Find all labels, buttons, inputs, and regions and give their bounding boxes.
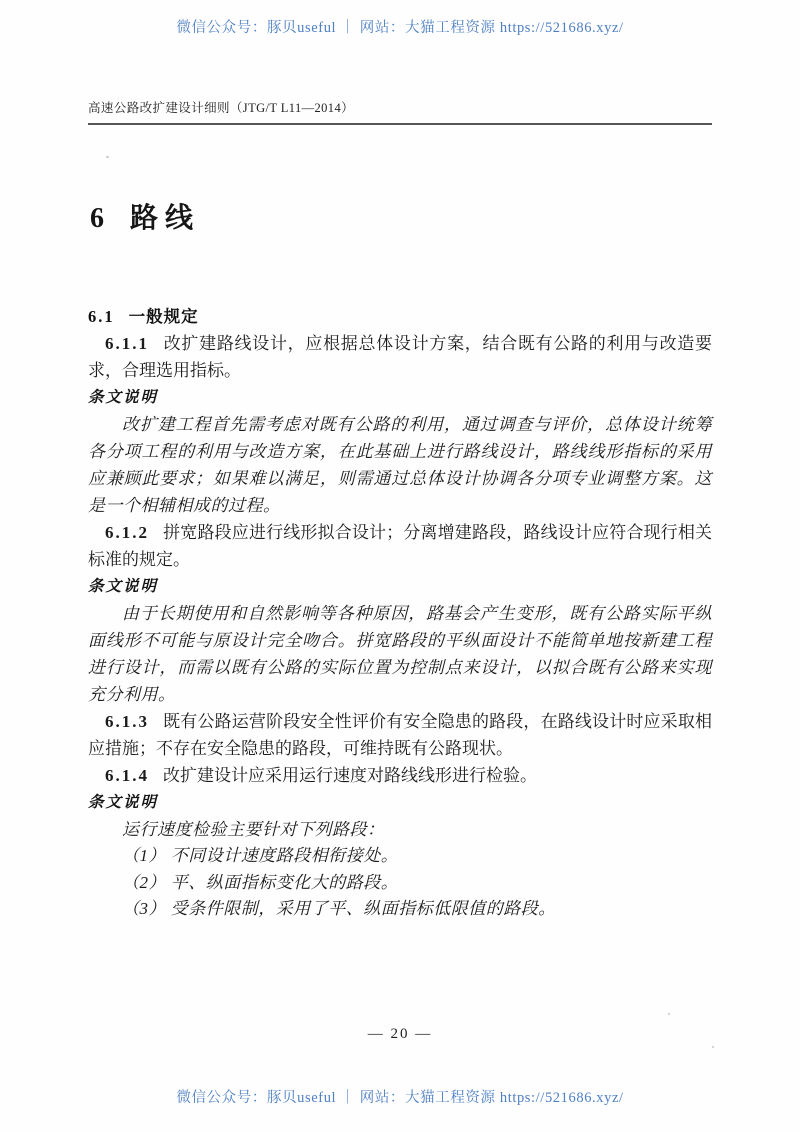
commentary-paragraph: 由于长期使用和自然影响等各种原因，路基会产生变形，既有公路实际平纵面线形不可能与… [88, 600, 712, 708]
commentary-intro: 运行速度检验主要针对下列路段： [88, 816, 712, 843]
scanned-document-page: 微信公众号：豚贝useful ｜ 网站：大猫工程资源 https://52168… [0, 0, 800, 1132]
chapter-name: 路线 [130, 203, 200, 234]
page-number: — 20 — [88, 1026, 712, 1043]
chapter-title: 6路线 [90, 196, 200, 236]
list-item: （2） 平、纵面指标变化大的路段。 [122, 870, 712, 897]
watermark-banner-top: 微信公众号：豚贝useful ｜ 网站：大猫工程资源 https://52168… [0, 16, 800, 37]
clause-number: 6.1.3 [105, 712, 149, 731]
scan-speck [712, 1046, 714, 1048]
clause-text: 改扩建路线设计，应根据总体设计方案，结合既有公路的利用与改造要求，合理选用指标。 [88, 334, 712, 380]
list-item: （1） 不同设计速度路段相衔接处。 [122, 843, 712, 870]
clause-6-1-2: 6.1.2拼宽路段应进行线形拟合设计；分离增建路段，路线设计应符合现行相关标准的… [88, 519, 712, 573]
section-heading: 6.1一般规定 [88, 303, 712, 330]
clause-6-1-3: 6.1.3既有公路运营阶段安全性评价有安全隐患的路段，在路线设计时应采取相应措施… [88, 708, 712, 762]
list-item: （3） 受条件限制，采用了平、纵面指标低限值的路段。 [122, 896, 712, 923]
section-title: 一般规定 [129, 307, 199, 326]
running-header: 高速公路改扩建设计细则（JTG/T L11—2014） [88, 98, 712, 125]
clause-number: 6.1.2 [105, 523, 149, 542]
watermark-banner-bottom: 微信公众号：豚贝useful ｜ 网站：大猫工程资源 https://52168… [0, 1086, 800, 1107]
section-number: 6.1 [88, 307, 115, 326]
commentary-label: 条文说明 [88, 384, 712, 411]
clause-number: 6.1.4 [105, 766, 149, 785]
chapter-number: 6 [90, 203, 104, 234]
commentary-list: （1） 不同设计速度路段相衔接处。 （2） 平、纵面指标变化大的路段。 （3） … [88, 843, 712, 923]
document-body: 6.1一般规定 6.1.1改扩建路线设计，应根据总体设计方案，结合既有公路的利用… [88, 303, 712, 923]
clause-text: 拼宽路段应进行线形拟合设计；分离增建路段，路线设计应符合现行相关标准的规定。 [88, 523, 712, 569]
commentary-label: 条文说明 [88, 789, 712, 816]
clause-number: 6.1.1 [105, 334, 149, 353]
clause-6-1-1: 6.1.1改扩建路线设计，应根据总体设计方案，结合既有公路的利用与改造要求，合理… [88, 330, 712, 384]
scan-speck [668, 1013, 670, 1015]
commentary-label: 条文说明 [88, 573, 712, 600]
clause-6-1-4: 6.1.4改扩建设计应采用运行速度对路线线形进行检验。 [88, 762, 712, 789]
clause-text: 改扩建设计应采用运行速度对路线线形进行检验。 [163, 766, 537, 785]
clause-text: 既有公路运营阶段安全性评价有安全隐患的路段，在路线设计时应采取相应措施；不存在安… [88, 712, 712, 758]
scan-speck [106, 156, 109, 158]
commentary-paragraph: 改扩建工程首先需考虑对既有公路的利用，通过调查与评价，总体设计统筹各分项工程的利… [88, 411, 712, 519]
